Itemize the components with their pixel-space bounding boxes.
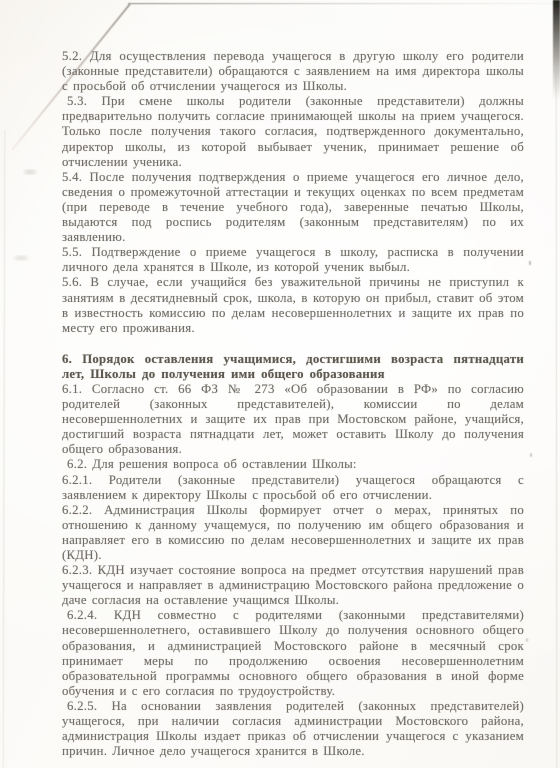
paragraph-6-2-4: 6.2.4. КДН совместно с родителями (закон… <box>62 608 524 699</box>
paragraph-6-2-2: 6.2.2. Администрация Школы формирует отч… <box>62 503 524 563</box>
ink-speck <box>526 638 529 641</box>
top-edge-line <box>128 3 558 4</box>
section-6-heading: 6. Порядок оставления учащимися, достигш… <box>62 352 524 382</box>
paragraph-6-2-5: 6.2.5. На основании заявления родителей … <box>62 699 524 759</box>
left-edge-line <box>3 130 5 768</box>
paragraph-5-6: 5.6. В случае, если учащийся без уважите… <box>62 275 524 335</box>
right-edge-line <box>556 70 557 768</box>
margin-smudge <box>24 170 36 175</box>
document-text: 5.2. Для осуществления перевода учащегос… <box>62 49 524 759</box>
ink-speck <box>530 453 532 457</box>
paragraph-6-1: 6.1. Согласно ст. 66 ФЗ № 273 «Об образо… <box>62 382 524 457</box>
paragraph-6-2-3: 6.2.3. КДН изучает состояние вопроса на … <box>62 563 524 608</box>
ink-speck <box>529 261 531 265</box>
paragraph-5-4: 5.4. После получения подтверждения о при… <box>62 170 524 245</box>
paragraph-5-2: 5.2. Для осуществления перевода учащегос… <box>62 49 524 94</box>
margin-smudge <box>14 256 28 260</box>
paragraph-6-2-1: 6.2.1. Родители (законные представители)… <box>62 473 524 503</box>
paragraph-6-2: 6.2. Для решения вопроса об оставлении Ш… <box>62 457 524 472</box>
corner-shadow-bar <box>553 0 560 100</box>
paragraph-5-5: 5.5. Подтверждение о приеме учащегося в … <box>62 245 524 275</box>
paragraph-5-3: 5.3. При смене школы родители (законные … <box>62 94 524 169</box>
scanned-document-page: 5.2. Для осуществления перевода учащегос… <box>0 0 560 768</box>
